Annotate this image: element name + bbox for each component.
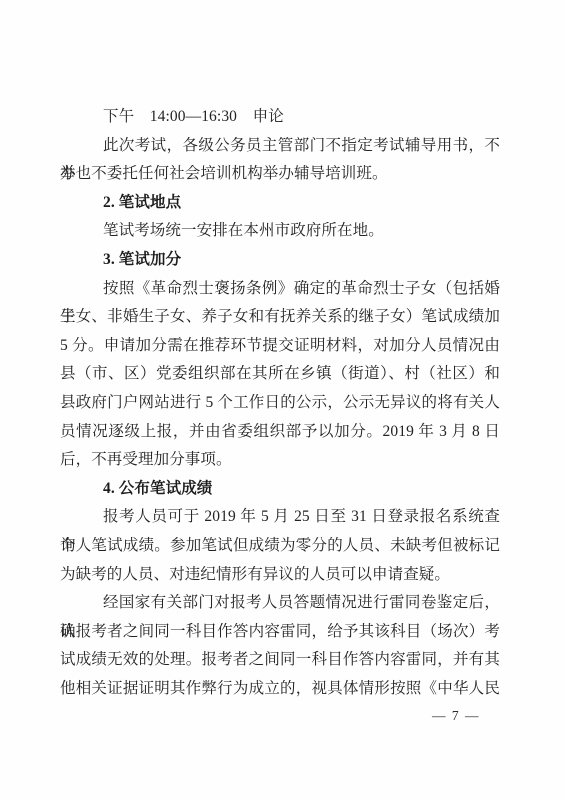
text-line: 子女、非婚生子女、养子女和有抚养关系的继子女）笔试成绩加 bbox=[60, 303, 500, 332]
text-line: 为缺考的人员、对违纪情形有异议的人员可以申请查疑。 bbox=[60, 561, 500, 590]
section-heading: 2. 笔试地点 bbox=[60, 189, 500, 218]
text-line: 按照《革命烈士褒扬条例》确定的革命烈士子女（包括婚生 bbox=[60, 275, 500, 304]
text-line: 经国家有关部门对报考人员答题情况进行雷同卷鉴定后，确 bbox=[60, 589, 500, 618]
text-line: 办也不委托任何社会培训机构举办辅导培训班。 bbox=[60, 160, 500, 189]
page-number: — 7 — bbox=[432, 708, 480, 724]
text-line: 他相关证据证明其作弊行为成立的，视具体情形按照《中华人民 bbox=[60, 675, 500, 704]
text-line: 县政府门户网站进行 5 个工作日的公示，公示无异议的将有关人 bbox=[60, 389, 500, 418]
text-line: 下午 14:00—16:30 申论 bbox=[60, 103, 500, 132]
text-line: 个人笔试成绩。参加笔试但成绩为零分的人员、未缺考但被标记 bbox=[60, 532, 500, 561]
text-line: 5 分。申请加分需在推荐环节提交证明材料，对加分人员情况由 bbox=[60, 332, 500, 361]
text-line: 员情况逐级上报，并由省委组织部予以加分。2019 年 3 月 8 日 bbox=[60, 418, 500, 447]
text-line: 此次考试，各级公务员主管部门不指定考试辅导用书，不举 bbox=[60, 132, 500, 161]
text-line: 报考人员可于 2019 年 5 月 25 日至 31 日登录报名系统查询 bbox=[60, 503, 500, 532]
text-line: 试成绩无效的处理。报考者之间同一科目作答内容雷同，并有其 bbox=[60, 646, 500, 675]
section-heading: 3. 笔试加分 bbox=[60, 246, 500, 275]
text-line: 县（市、区）党委组织部在其所在乡镇（街道）、村（社区）和 bbox=[60, 360, 500, 389]
text-line: 认报考者之间同一科目作答内容雷同，给予其该科目（场次）考 bbox=[60, 618, 500, 647]
section-heading: 4. 公布笔试成绩 bbox=[60, 475, 500, 504]
document-body: 下午 14:00—16:30 申论此次考试，各级公务员主管部门不指定考试辅导用书… bbox=[60, 103, 500, 703]
document-page: 下午 14:00—16:30 申论此次考试，各级公务员主管部门不指定考试辅导用书… bbox=[0, 0, 565, 800]
text-line: 笔试考场统一安排在本州市政府所在地。 bbox=[60, 217, 500, 246]
text-line: 后，不再受理加分事项。 bbox=[60, 446, 500, 475]
